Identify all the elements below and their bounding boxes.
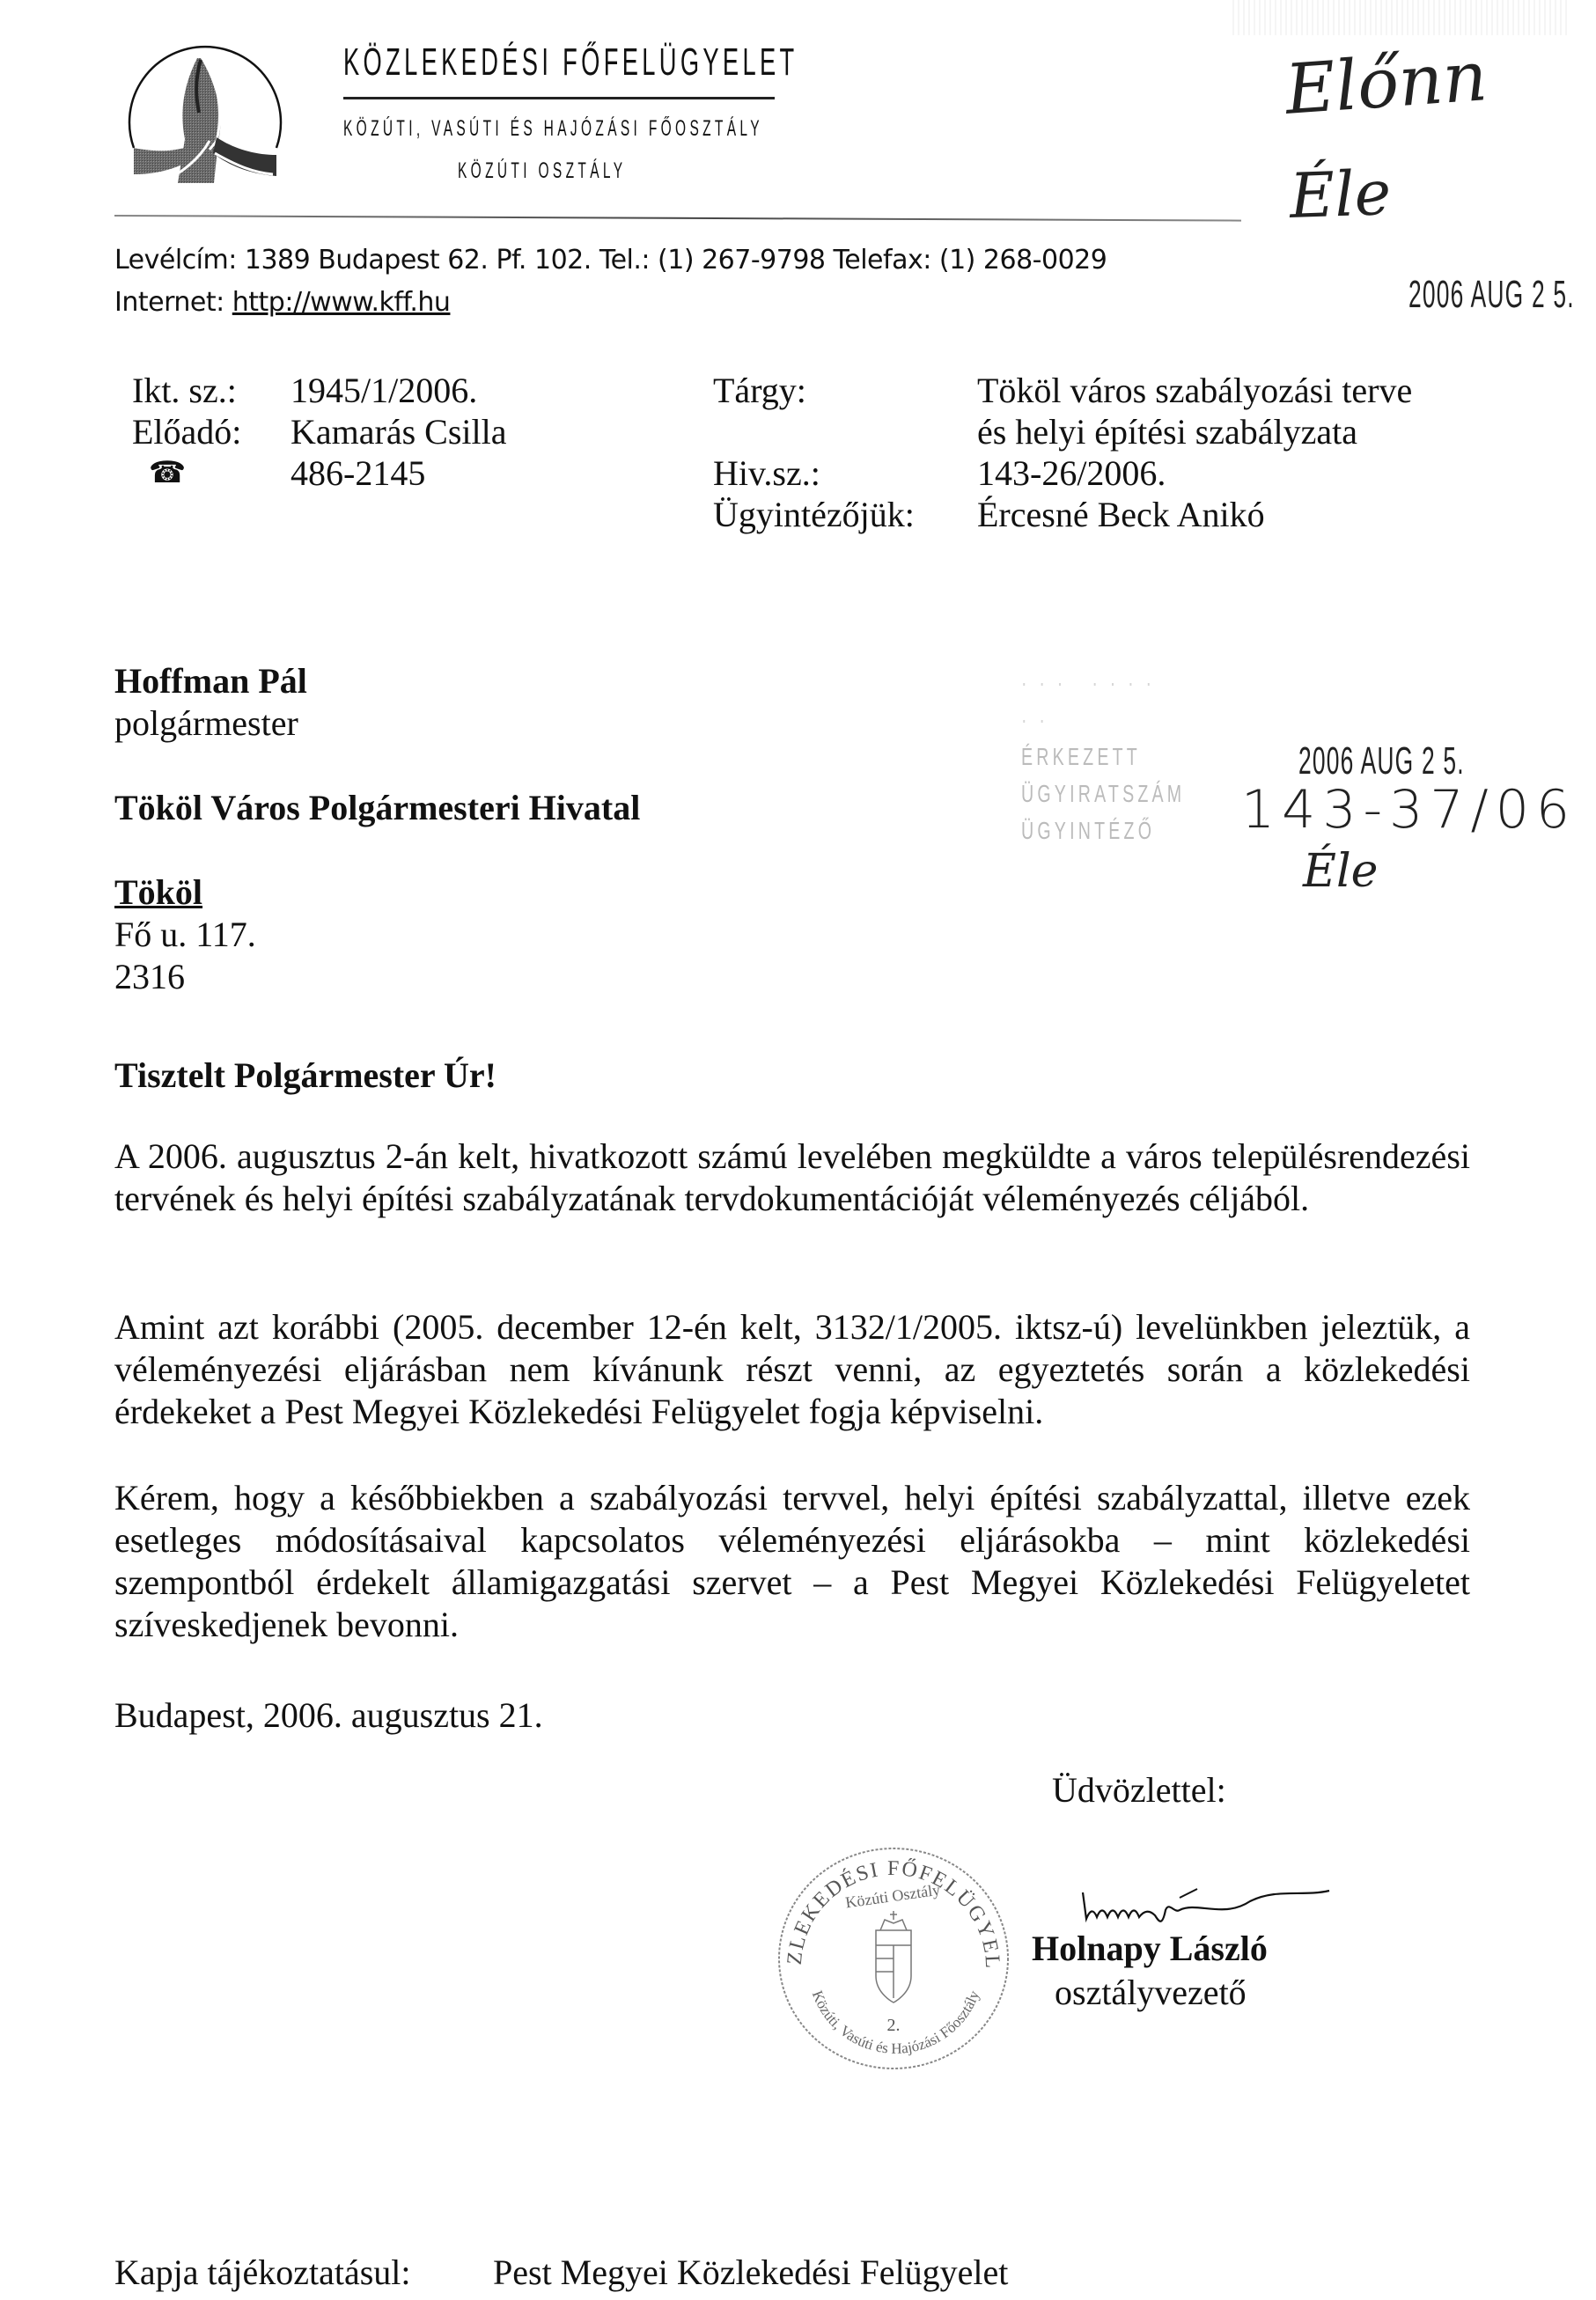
registry-date-stamp: 2006 AUG 2 5. [1298,739,1465,783]
department-name: KÖZÚTI, VASÚTI ÉS HAJÓZÁSI FŐOSZTÁLY [343,116,763,142]
addressee-name: Hoffman Pál [114,660,640,702]
internet-line: Internet: http://www.kff.hu [114,287,450,318]
officer-label: Előadó: [132,411,291,452]
subject-label: Tárgy: [713,370,977,411]
body-paragraph: Amint azt korábbi (2005. december 12-én … [114,1306,1470,1433]
registry-stamp: · · · · · · · · · ÉRKEZETT ÜGYIRATSZÁM Ü… [1021,665,1206,876]
addressee-street: Fő u. 117. [114,914,640,956]
official-seal-icon: KÖZLEKEDÉSI FŐFELÜGYELET Közúti Osztály … [766,1835,1021,2082]
stamp-line: ÜGYINTÉZŐ [1021,812,1206,849]
addressee-city: Tököl [114,871,640,914]
their-officer-value: Ércesné Beck Anikó [977,494,1265,535]
reference-left: Ikt. sz.: 1945/1/2006. Előadó: Kamarás C… [132,370,507,494]
reference-row: Előadó: Kamarás Csilla [132,411,507,452]
body-paragraph: Kérem, hogy a későbbiekben a szabályozás… [114,1477,1470,1646]
subject-label-cont [713,411,977,452]
telephone-icon: ☎ [132,452,291,494]
addressee-title: polgármester [114,702,640,745]
internet-label: Internet: [114,287,232,318]
stamp-line: ÜGYIRATSZÁM [1021,775,1206,812]
scan-noise [1232,0,1567,35]
their-officer-label: Ügyintézőjük: [713,494,977,535]
reference-row: Hiv.sz.: 143-26/2006. [713,452,1412,494]
seal-number: 2. [887,2016,901,2035]
reference-row: Tárgy: Tököl város szabályozási terve [713,370,1412,411]
file-number-value: 1945/1/2006. [291,370,477,411]
their-ref-value: 143-26/2006. [977,452,1166,494]
postal-address: Levélcím: 1389 Budapest 62. Pf. 102. Tel… [114,245,1107,276]
website-link[interactable]: http://www.kff.hu [232,287,451,318]
signer-name: Holnapy László [1032,1928,1268,1969]
reference-row: és helyi építési szabályzata [713,411,1412,452]
body-paragraph: A 2006. augusztus 2-án kelt, hivatkozott… [114,1135,1470,1220]
addressee-block: Hoffman Pál polgármester Tököl Város Pol… [114,660,640,998]
handwritten-case-number: 143-37/06 [1241,779,1577,841]
handwritten-initials: Éle [1303,845,1378,898]
coat-of-arms-icon [876,1911,911,2002]
cc-recipient: Pest Megyei Közlekedési Felügyelet [493,2252,1008,2293]
cc-label: Kapja tájékoztatásul: [114,2252,411,2293]
reference-right: Tárgy: Tököl város szabályozási terve és… [713,370,1412,535]
stamp-line: ÉRKEZETT [1021,738,1206,775]
reference-row: ☎ 486-2145 [132,452,507,494]
reference-row: Ügyintézőjük: Ércesné Beck Anikó [713,494,1412,535]
organization-name: KÖZLEKEDÉSI FŐFELÜGYELET [343,40,798,85]
handwritten-note: Előnn [1283,37,1489,130]
phone-value: 486-2145 [291,452,425,494]
signer-title: osztályvezető [1055,1972,1247,2013]
addressee-office: Tököl Város Polgármesteri Hivatal [114,787,640,829]
subject-value: Tököl város szabályozási terve [977,370,1412,411]
stamp-line: · · · · · · · [1021,665,1206,702]
received-date-stamp: 2006 AUG 2 5. [1408,273,1575,317]
place-and-date: Budapest, 2006. augusztus 21. [114,1694,543,1736]
kff-logo-icon [121,42,289,192]
header-divider [114,215,1241,222]
handwritten-initials: Éle [1289,157,1393,232]
subject-value-cont: és helyi építési szabályzata [977,411,1357,452]
officer-value: Kamarás Csilla [291,411,507,452]
stamp-line: · · [1021,702,1206,738]
addressee-postcode: 2316 [114,956,640,998]
file-number-label: Ikt. sz.: [132,370,291,411]
reference-row: Ikt. sz.: 1945/1/2006. [132,370,507,411]
closing-greeting: Üdvözlettel: [1052,1769,1226,1811]
their-ref-label: Hiv.sz.: [713,452,977,494]
organization-rule [343,97,775,99]
division-name: KÖZÚTI OSZTÁLY [458,158,626,184]
salutation: Tisztelt Polgármester Úr! [114,1054,496,1096]
